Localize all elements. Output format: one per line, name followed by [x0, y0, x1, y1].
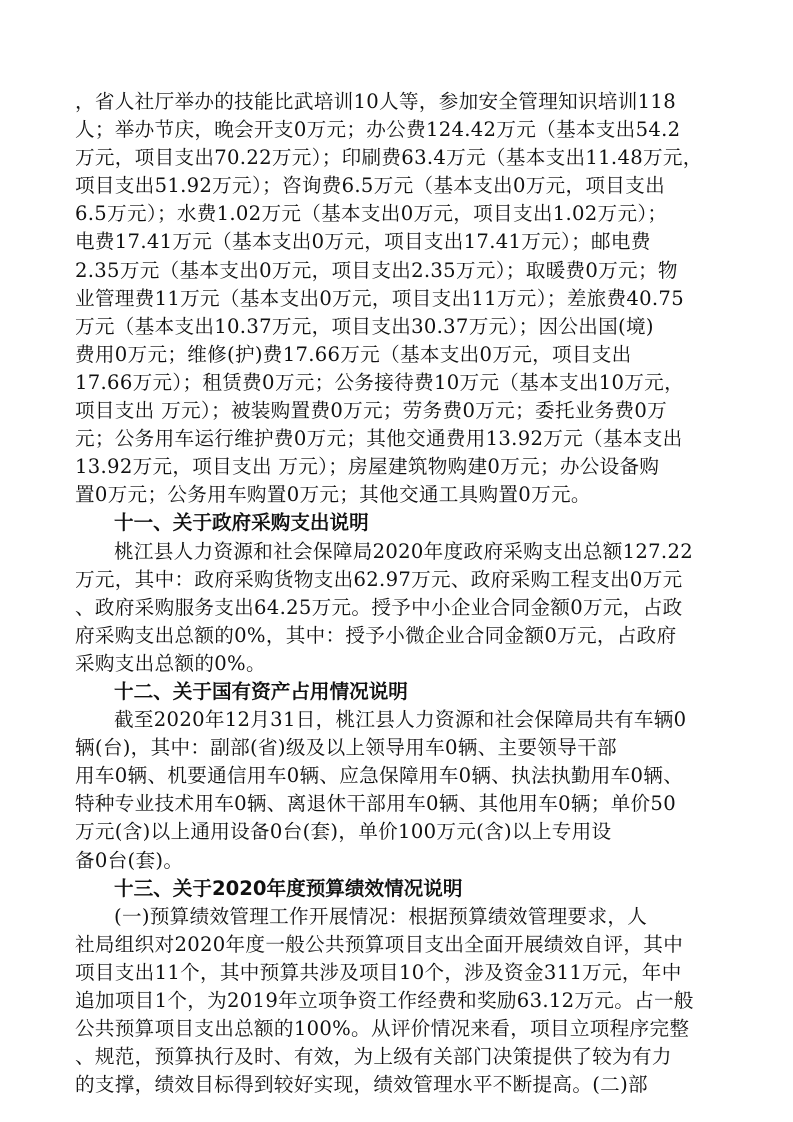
- text-line: 13.92万元，项目支出 万元）；房屋建筑物购建0万元；办公设备购: [75, 453, 720, 481]
- section-13-budget-performance: 十三、关于2020年度预算绩效情况说明 (一)预算绩效管理工作开展情况：根据预算…: [75, 875, 720, 1100]
- text-line: 桃江县人力资源和社会保障局2020年度政府采购支出总额127.22: [75, 538, 720, 566]
- text-line: 万元（基本支出10.37万元，项目支出30.37万元）；因公出国(境): [75, 313, 720, 341]
- text-line: 项目支出11个，其中预算共涉及项目10个，涉及资金311万元，年中: [75, 959, 720, 987]
- section-10-continuation: ，省人社厅举办的技能比武培训10人等，参加安全管理知识培训118 人；举办节庆，…: [75, 88, 720, 509]
- text-line: 人；举办节庆，晚会开支0万元；办公费124.42万元（基本支出54.2: [75, 116, 720, 144]
- text-line: 的支撑，绩效目标得到较好实现，绩效管理水平不断提高。(二)部: [75, 1071, 720, 1099]
- text-line: 辆(台)，其中：副部(省)级及以上领导用车0辆、主要领导干部: [75, 734, 720, 762]
- text-line: 17.66万元）；租赁费0万元；公务接待费10万元（基本支出10万元，: [75, 369, 720, 397]
- section-heading: 十一、关于政府采购支出说明: [75, 509, 720, 537]
- text-line: (一)预算绩效管理工作开展情况：根据预算绩效管理要求，人: [75, 903, 720, 931]
- text-line: ，省人社厅举办的技能比武培训10人等，参加安全管理知识培训118: [75, 88, 720, 116]
- section-heading: 十二、关于国有资产占用情况说明: [75, 678, 720, 706]
- document-page: ，省人社厅举办的技能比武培训10人等，参加安全管理知识培训118 人；举办节庆，…: [75, 88, 720, 1099]
- text-line: 社局组织对2020年度一般公共预算项目支出全面开展绩效自评，其中: [75, 931, 720, 959]
- text-line: 6.5万元）；水费1.02万元（基本支出0万元，项目支出1.02万元）；: [75, 200, 720, 228]
- text-line: 电费17.41万元（基本支出0万元，项目支出17.41万元）；邮电费: [75, 228, 720, 256]
- text-line: 府采购支出总额的0%，其中：授予小微企业合同金额0万元，占政府: [75, 622, 720, 650]
- text-line: 置0万元；公务用车购置0万元；其他交通工具购置0万元。: [75, 481, 720, 509]
- text-line: 用车0辆、机要通信用车0辆、应急保障用车0辆、执法执勤用车0辆、: [75, 762, 720, 790]
- section-heading: 十三、关于2020年度预算绩效情况说明: [75, 875, 720, 903]
- text-line: 采购支出总额的0%。: [75, 650, 720, 678]
- text-line: 万元(含)以上通用设备0台(套)，单价100万元(含)以上专用设: [75, 818, 720, 846]
- text-line: 万元，项目支出70.22万元）；印刷费63.4万元（基本支出11.48万元，: [75, 144, 720, 172]
- text-line: 2.35万元（基本支出0万元，项目支出2.35万元）；取暖费0万元；物: [75, 257, 720, 285]
- text-line: 、政府采购服务支出64.25万元。授予中小企业合同金额0万元，占政: [75, 594, 720, 622]
- text-line: 万元，其中：政府采购货物支出62.97万元、政府采购工程支出0万元: [75, 566, 720, 594]
- text-line: 费用0万元；维修(护)费17.66万元（基本支出0万元，项目支出: [75, 341, 720, 369]
- text-line: 截至2020年12月31日，桃江县人力资源和社会保障局共有车辆0: [75, 706, 720, 734]
- text-line: 项目支出51.92万元）；咨询费6.5万元（基本支出0万元，项目支出: [75, 172, 720, 200]
- text-line: 项目支出 万元）；被装购置费0万元；劳务费0万元；委托业务费0万: [75, 397, 720, 425]
- text-line: 元；公务用车运行维护费0万元；其他交通费用13.92万元（基本支出: [75, 425, 720, 453]
- text-line: 业管理费11万元（基本支出0万元，项目支出11万元）；差旅费40.75: [75, 285, 720, 313]
- section-11-government-procurement: 十一、关于政府采购支出说明 桃江县人力资源和社会保障局2020年度政府采购支出总…: [75, 509, 720, 678]
- text-line: 、规范，预算执行及时、有效，为上级有关部门决策提供了较为有力: [75, 1043, 720, 1071]
- text-line: 特种专业技术用车0辆、离退休干部用车0辆、其他用车0辆；单价50: [75, 790, 720, 818]
- section-12-state-assets: 十二、关于国有资产占用情况说明 截至2020年12月31日，桃江县人力资源和社会…: [75, 678, 720, 875]
- text-line: 备0台(套)。: [75, 847, 720, 875]
- text-line: 公共预算项目支出总额的100%。从评价情况来看，项目立项程序完整: [75, 1015, 720, 1043]
- text-line: 追加项目1个，为2019年立项争资工作经费和奖励63.12万元。占一般: [75, 987, 720, 1015]
